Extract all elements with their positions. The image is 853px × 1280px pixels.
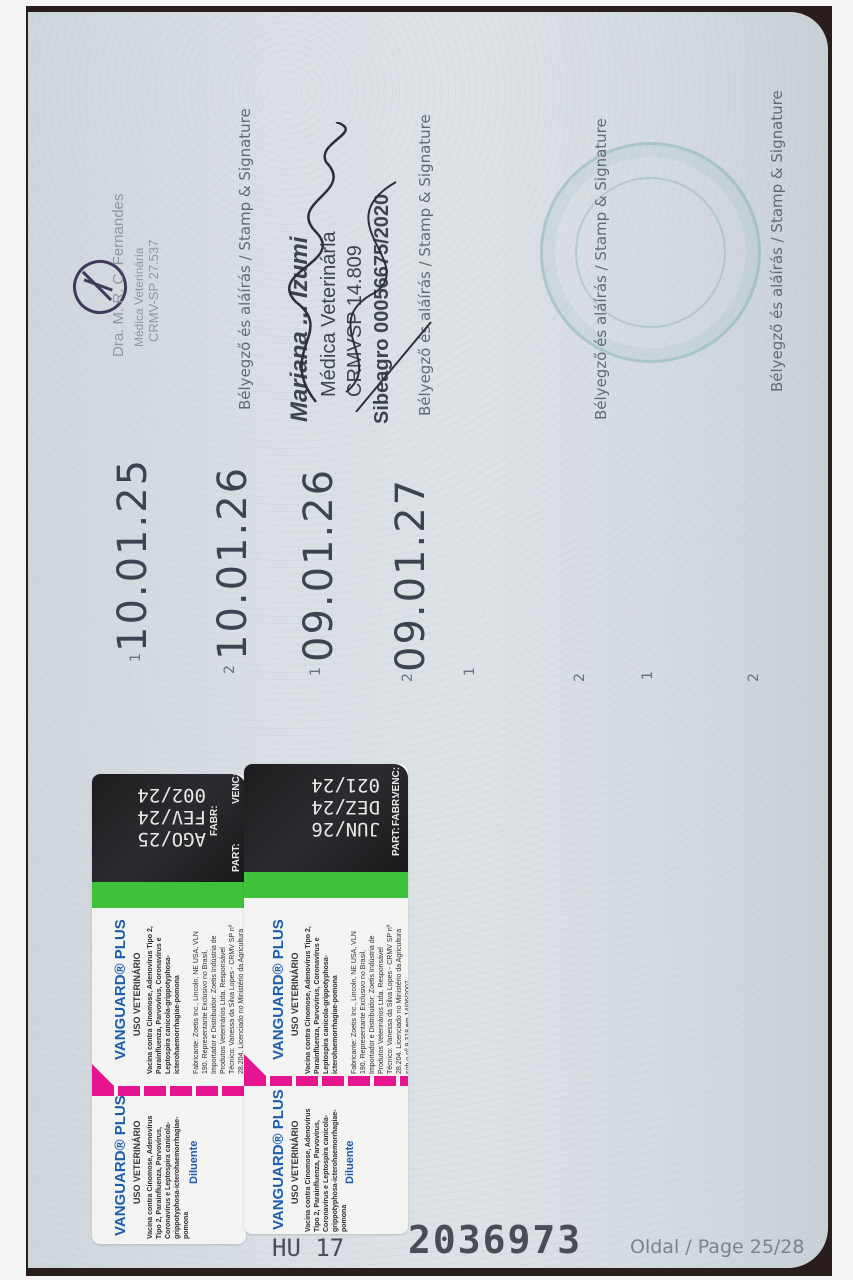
label-2-venc-value: JUN/26 xyxy=(280,818,380,840)
label-2-venc-key: VENC: xyxy=(386,767,408,798)
slot-number-3: 1 xyxy=(308,667,324,676)
stamp-signature-label-1: Bélyegző és aláírás / Stamp & Signature xyxy=(236,108,254,410)
label-1-brand: VANGUARD® PLUS xyxy=(112,919,129,1060)
label-1-description: Vacina contra Cinomose, Adenovírus Tipo … xyxy=(146,924,182,1074)
slot-number-1: 1 xyxy=(128,653,144,662)
label-2-manufacturer: Fabricante: Zoetis Inc., Lincoln, NE USA… xyxy=(350,924,408,1074)
slot-number-5: 1 xyxy=(462,667,478,676)
label-1-batch-panel: PART: FABR: VENC: AGO/25 FEV/24 002/24 xyxy=(92,774,246,882)
label-2-pink-corner xyxy=(244,1054,266,1076)
slot-number-4: 2 xyxy=(400,673,416,682)
vaccine-label-2: PART: FABR: VENC: JUN/26 DEZ/24 021/24 V… xyxy=(244,764,408,1234)
label-2-batch-panel: PART: FABR: VENC: JUN/26 DEZ/24 021/24 xyxy=(244,764,408,872)
label-2-use: USO VETERINÁRIO xyxy=(290,952,300,1036)
label-1-green-band xyxy=(92,882,246,908)
label-1-venc-key: VENC: xyxy=(226,774,246,804)
label-2-perforation xyxy=(244,1076,408,1086)
label-1-manufacturer: Fabricante: Zoetis Inc., Lincoln, NE USA… xyxy=(192,924,246,1074)
label-1-pink-corner xyxy=(92,1064,114,1086)
label-2-part-value: 021/24 xyxy=(280,774,380,796)
signature-scribble xyxy=(256,122,436,412)
slot-number-6: 2 xyxy=(572,673,588,682)
label-2-diluent-tag: Diluente xyxy=(344,1141,356,1184)
slot-number-2: 2 xyxy=(222,665,238,674)
vaccination-date-2: 10.01.26 xyxy=(210,466,256,660)
label-1-part-key: PART: xyxy=(226,843,246,872)
stamp-1-line-1: Dra. M. R. C. Fernandes xyxy=(110,194,127,357)
vaccination-date-4: 09.01.27 xyxy=(388,478,434,672)
slot-number-7: 1 xyxy=(640,671,656,680)
passport-page: Dra. M. R. C. Fernandes Médica Veterinár… xyxy=(28,12,828,1268)
label-2-green-band xyxy=(244,872,408,898)
slot-number-8: 2 xyxy=(746,673,762,682)
stamp-1-line-2: Médica Veterinária xyxy=(132,248,146,347)
label-1-venc-value: AGO/25 xyxy=(106,828,206,850)
label-1-use: USO VETERINÁRIO xyxy=(132,952,142,1036)
page-number: Oldal / Page 25/28 xyxy=(630,1236,805,1258)
passport-serial-number: 2036973 xyxy=(408,1218,582,1262)
label-1-diluent-brand: VANGUARD® PLUS xyxy=(112,1095,129,1236)
label-2-diluent-use: USO VETERINÁRIO xyxy=(290,1120,300,1204)
label-2-fabr-value: DEZ/24 xyxy=(280,796,380,818)
vaccination-date-1: 10.01.25 xyxy=(110,458,156,652)
country-code: HU 17 xyxy=(272,1234,344,1262)
vaccination-date-3: 09.01.26 xyxy=(296,468,342,662)
label-2-diluent-brand: VANGUARD® PLUS xyxy=(270,1089,287,1230)
label-2-diluent-description: Vacina contra Cinomose, Adenovírus Tipo … xyxy=(304,1092,349,1232)
label-2-brand: VANGUARD® PLUS xyxy=(270,919,287,1060)
label-1-diluent-use: USO VETERINÁRIO xyxy=(132,1120,142,1204)
stamp-1-line-3: CRMV-SP 27.537 xyxy=(146,240,161,342)
stamp-signature-label-4: Bélyegző és aláírás / Stamp & Signature xyxy=(768,90,786,392)
label-2-fabr-key: FABR: xyxy=(386,795,408,826)
round-stamp-mark xyxy=(540,142,761,363)
label-1-diluent-tag: Diluente xyxy=(188,1141,200,1184)
label-1-diluent-description: Vacina contra Cinomose, Adenovírus Tipo … xyxy=(146,1099,191,1239)
label-1-fabr-key: FABR: xyxy=(204,805,226,836)
stamp-signature-label-3: Bélyegző és aláírás / Stamp & Signature xyxy=(592,118,610,420)
label-1-fabr-value: FEV/24 xyxy=(106,806,206,828)
label-2-part-key: PART: xyxy=(386,827,408,856)
label-2-description: Vacina contra Cinomose, Adenovírus Tipo … xyxy=(304,924,340,1074)
label-1-part-value: 002/24 xyxy=(106,784,206,806)
vaccine-label-1: PART: FABR: VENC: AGO/25 FEV/24 002/24 V… xyxy=(92,774,246,1244)
